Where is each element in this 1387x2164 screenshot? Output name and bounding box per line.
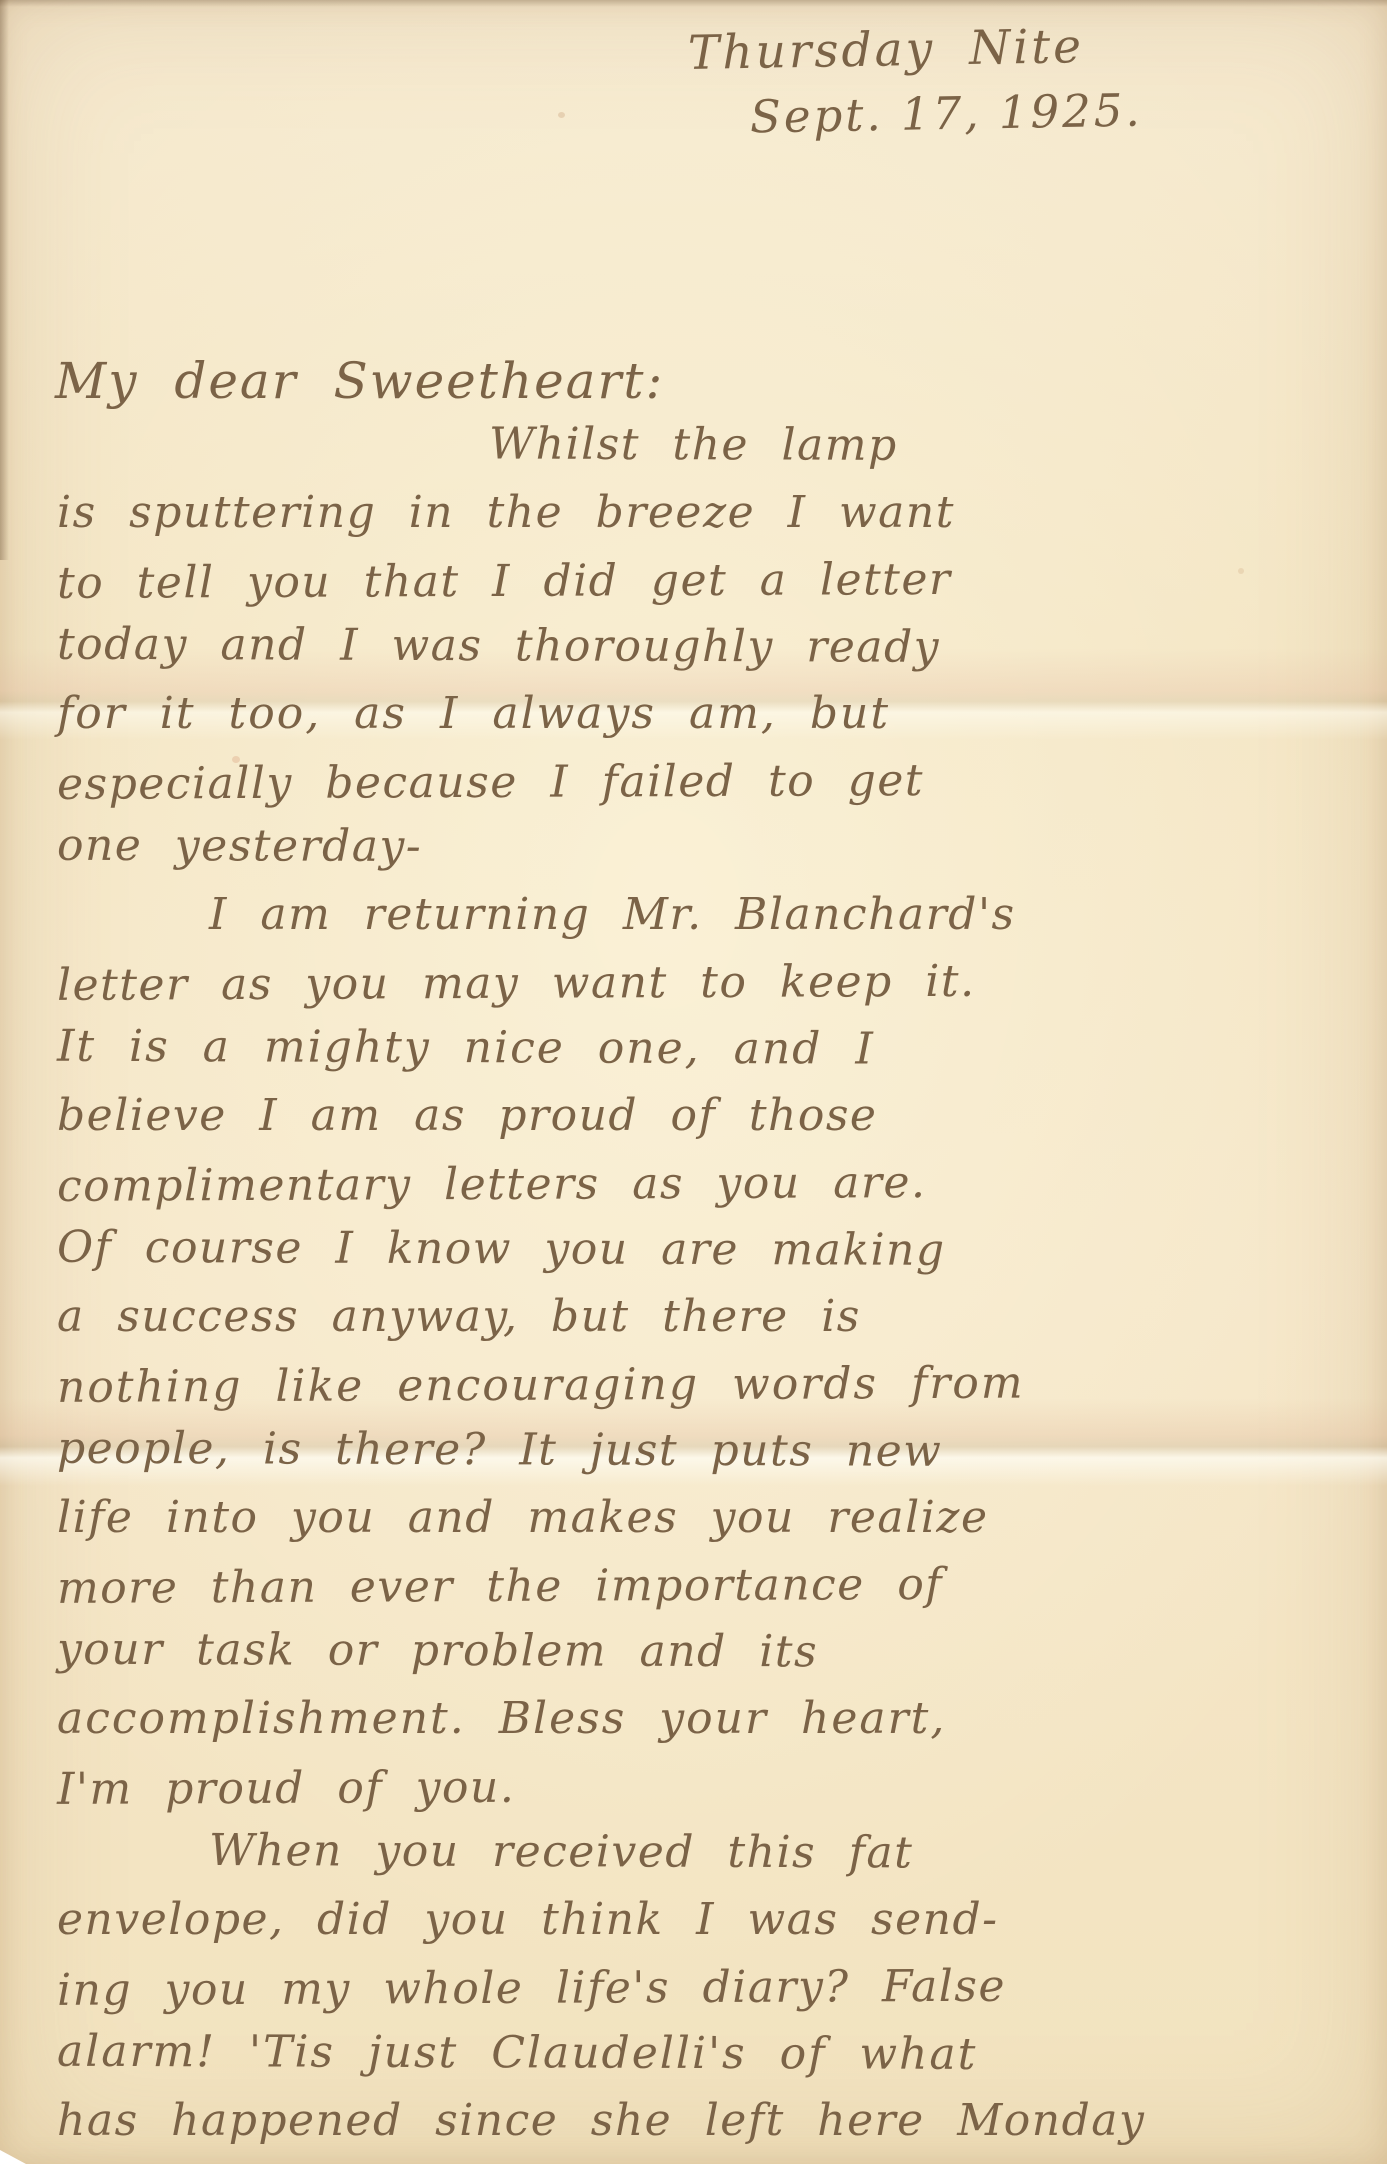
letter-line: It is a mighty nice one, and I: [57, 1013, 1357, 1085]
dateline: Thursday Nite Sept. 17, 1925.: [688, 22, 1143, 140]
letter-line: a success anyway, but there is: [57, 1283, 1357, 1350]
letter-line: for it too, as I always am, but: [57, 680, 1357, 747]
letter-line: more than ever the importance of: [57, 1549, 1357, 1622]
letter-line: has happened since she left here Monday: [57, 2087, 1357, 2154]
letter-line: ing you my whole life's diary? False: [57, 1951, 1357, 2024]
letter-line: I'm proud of you.: [57, 1750, 1357, 1823]
letter-page: Thursday Nite Sept. 17, 1925. My dear Sw…: [0, 0, 1387, 2164]
letter-line: accomplishment. Bless your heart,: [57, 1685, 1357, 1752]
letter-line: one yesterday-: [57, 812, 1357, 884]
letter-line: alarm! 'Tis just Claudelli's of what: [57, 2018, 1357, 2090]
paper-speck: [558, 112, 565, 118]
letter-line: your task or problem and its: [57, 1616, 1357, 1688]
letter-line: to tell you that I did get a letter: [57, 544, 1357, 617]
letter-body: Whilst the lamp is sputtering in the bre…: [57, 412, 1357, 2154]
letter-line: I am returning Mr. Blanchard's: [209, 881, 1357, 948]
letter-line: nothing like encouraging words from: [57, 1348, 1357, 1421]
scan-edge-left: [0, 0, 9, 560]
letter-line: today and I was thoroughly ready: [57, 611, 1357, 683]
letter-line: especially because I failed to get: [57, 745, 1357, 818]
letter-line: life into you and makes you realize: [57, 1484, 1357, 1551]
letter-line: Whilst the lamp: [489, 410, 1357, 480]
dateline-day: Thursday Nite: [688, 18, 1144, 81]
scan-edge-top: [0, 0, 1387, 7]
letter-line: is sputtering in the breeze I want: [57, 479, 1357, 546]
scan-corner: [0, 2150, 26, 2164]
letter-line: complimentary letters as you are.: [57, 1147, 1357, 1220]
letter-line: envelope, did you think I was send-: [57, 1886, 1357, 1953]
letter-line: letter as you may want to keep it.: [57, 946, 1357, 1019]
dateline-date: Sept. 17, 1925.: [750, 84, 1144, 144]
letter-line: When you received this fat: [209, 1817, 1357, 1888]
letter-line: believe I am as proud of those: [57, 1082, 1357, 1149]
salutation: My dear Sweetheart:: [55, 352, 664, 410]
letter-line: Of course I know you are making: [57, 1214, 1357, 1286]
letter-line: people, is there? It just puts new: [57, 1415, 1357, 1487]
